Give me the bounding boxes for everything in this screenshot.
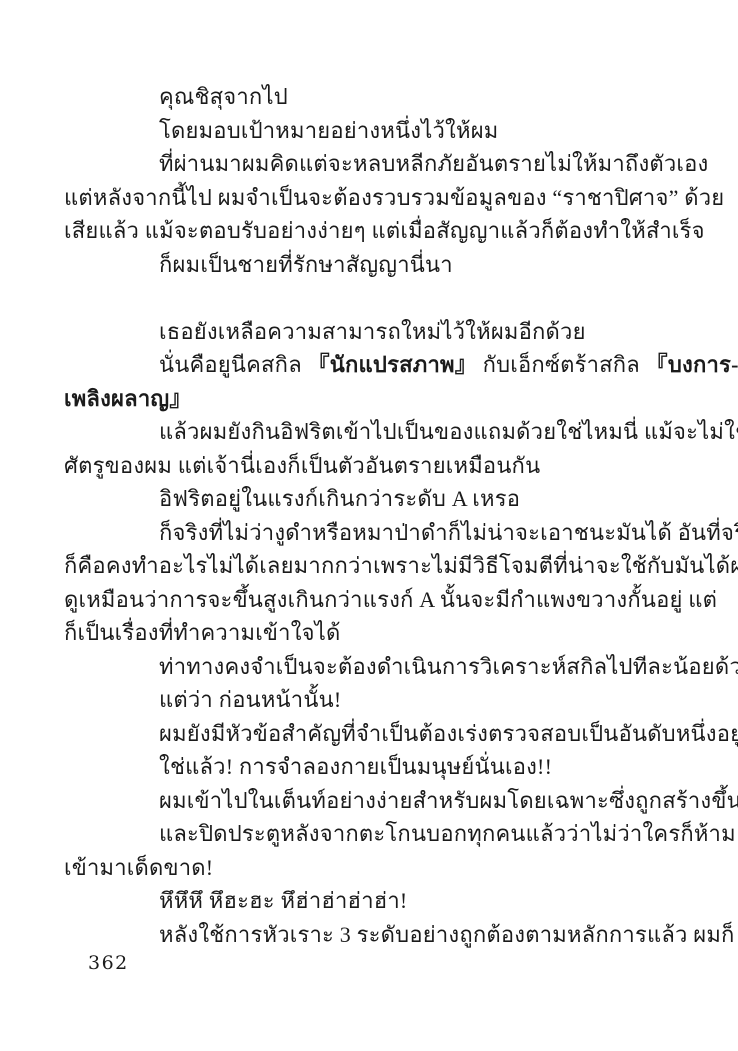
text-line: ก็เป็นเรื่องที่ทำความเข้าใจได้ — [64, 616, 660, 650]
text-run: ท่าทางคงจำเป็นจะต้องดำเนินการวิเคราะห์สก… — [159, 654, 738, 679]
text-line: ผมยังมีหัวข้อสำคัญที่จำเป็นต้องเร่งตรวจส… — [64, 717, 660, 751]
text-run: ศัตรูของผม แต่เจ้านี่เองก็เป็นตัวอันตราย… — [64, 453, 540, 478]
skill-name-text: 『นักแปรสภาพ』 — [308, 352, 477, 377]
text-run: กับเอ็กซ์ตร้าสกิล — [477, 352, 646, 377]
text-run: และปิดประตูหลังจากตะโกนบอกทุกคนแล้วว่าไม… — [159, 821, 736, 846]
text-line: ท่าทางคงจำเป็นจะต้องดำเนินการวิเคราะห์สก… — [64, 650, 660, 684]
blank-line — [64, 281, 660, 315]
book-page: คุณชิสุจากไปโดยมอบเป้าหมายอย่างหนึ่งไว้ใ… — [0, 0, 738, 1051]
text-run: ก็จริงที่ไม่ว่างูดำหรือหมาป่าดำก็ไม่น่าจ… — [159, 520, 738, 545]
text-line: ดูเหมือนว่าการจะขึ้นสูงเกินกว่าแรงก์ A น… — [64, 583, 660, 617]
text-line: หึหึหึ หึฮะฮะ หึฮ่าฮ่าฮ่าฮ่า! — [64, 884, 660, 918]
text-run: แต่หลังจากนี้ไป ผมจำเป็นจะต้องรวบรวมข้อม… — [64, 185, 724, 210]
page-number: 362 — [88, 952, 129, 974]
text-run: แล้วผมยังกินอิฟริตเข้าไปเป็นของแถมด้วยใช… — [159, 419, 738, 444]
text-line: ศัตรูของผม แต่เจ้านี่เองก็เป็นตัวอันตราย… — [64, 449, 660, 483]
text-run: ผมยังมีหัวข้อสำคัญที่จำเป็นต้องเร่งตรวจส… — [159, 721, 738, 746]
text-line: คุณชิสุจากไป — [64, 80, 660, 114]
text-run: ก็เป็นเรื่องที่ทำความเข้าใจได้ — [64, 620, 341, 645]
text-run: อิฟริตอยู่ในแรงก์เกินกว่าระดับ A เหรอ — [159, 486, 520, 511]
text-line: และปิดประตูหลังจากตะโกนบอกทุกคนแล้วว่าไม… — [64, 817, 660, 851]
text-run: เธอยังเหลือความสามารถใหม่ไว้ให้ผมอีกด้วย — [159, 319, 586, 344]
text-line: เสียแล้ว แม้จะตอบรับอย่างง่ายๆ แต่เมื่อส… — [64, 214, 660, 248]
text-run: ก็คือคงทำอะไรไม่ได้เลยมากกว่าเพราะไม่มีว… — [64, 553, 738, 578]
text-run: หึหึหึ หึฮะฮะ หึฮ่าฮ่าฮ่าฮ่า! — [159, 888, 407, 913]
text-line: ผมเข้าไปในเต็นท์อย่างง่ายสำหรับผมโดยเฉพา… — [64, 784, 660, 818]
text-line: เธอยังเหลือความสามารถใหม่ไว้ให้ผมอีกด้วย — [64, 315, 660, 349]
text-run: ก็ผมเป็นชายที่รักษาสัญญานี่นา — [159, 252, 453, 277]
text-run: ใช่แล้ว! การจำลองกายเป็นมนุษย์นั่นเอง!! — [159, 754, 552, 779]
text-line: เข้ามาเด็ดขาด! — [64, 851, 660, 885]
text-line: ก็คือคงทำอะไรไม่ได้เลยมากกว่าเพราะไม่มีว… — [64, 549, 660, 583]
text-line: ก็จริงที่ไม่ว่างูดำหรือหมาป่าดำก็ไม่น่าจ… — [64, 516, 660, 550]
text-run: คุณชิสุจากไป — [159, 84, 288, 109]
text-line: แล้วผมยังกินอิฟริตเข้าไปเป็นของแถมด้วยใช… — [64, 415, 660, 449]
text-run: ผมเข้าไปในเต็นท์อย่างง่ายสำหรับผมโดยเฉพา… — [159, 788, 738, 813]
text-line: แต่ว่า ก่อนหน้านั้น! — [64, 683, 660, 717]
text-line: ก็ผมเป็นชายที่รักษาสัญญานี่นา — [64, 248, 660, 282]
text-line: ที่ผ่านมาผมคิดแต่จะหลบหลีกภัยอันตรายไม่ใ… — [64, 147, 660, 181]
text-run: แต่ว่า ก่อนหน้านั้น! — [159, 687, 341, 712]
text-line: เพลิงผลาญ』 — [64, 382, 660, 416]
text-line: นั่นคือยูนีคสกิล 『นักแปรสภาพ』 กับเอ็กซ์ต… — [64, 348, 660, 382]
text-run: เข้ามาเด็ดขาด! — [64, 855, 213, 880]
text-line: ใช่แล้ว! การจำลองกายเป็นมนุษย์นั่นเอง!! — [64, 750, 660, 784]
skill-name-text: 『บงการ- — [646, 352, 738, 377]
text-line: อิฟริตอยู่ในแรงก์เกินกว่าระดับ A เหรอ — [64, 482, 660, 516]
text-run: ที่ผ่านมาผมคิดแต่จะหลบหลีกภัยอันตรายไม่ใ… — [159, 151, 709, 176]
text-run: นั่นคือยูนีคสกิล — [159, 352, 308, 377]
skill-name-text: เพลิงผลาญ』 — [64, 386, 192, 411]
text-line: แต่หลังจากนี้ไป ผมจำเป็นจะต้องรวบรวมข้อม… — [64, 181, 660, 215]
text-line: หลังใช้การหัวเราะ 3 ระดับอย่างถูกต้องตาม… — [64, 918, 660, 952]
text-run: ดูเหมือนว่าการจะขึ้นสูงเกินกว่าแรงก์ A น… — [64, 587, 717, 612]
text-block: คุณชิสุจากไปโดยมอบเป้าหมายอย่างหนึ่งไว้ใ… — [64, 80, 660, 951]
text-run: หลังใช้การหัวเราะ 3 ระดับอย่างถูกต้องตาม… — [159, 922, 735, 947]
text-line: โดยมอบเป้าหมายอย่างหนึ่งไว้ให้ผม — [64, 114, 660, 148]
text-run: เสียแล้ว แม้จะตอบรับอย่างง่ายๆ แต่เมื่อส… — [64, 218, 705, 243]
text-run: โดยมอบเป้าหมายอย่างหนึ่งไว้ให้ผม — [159, 118, 499, 143]
